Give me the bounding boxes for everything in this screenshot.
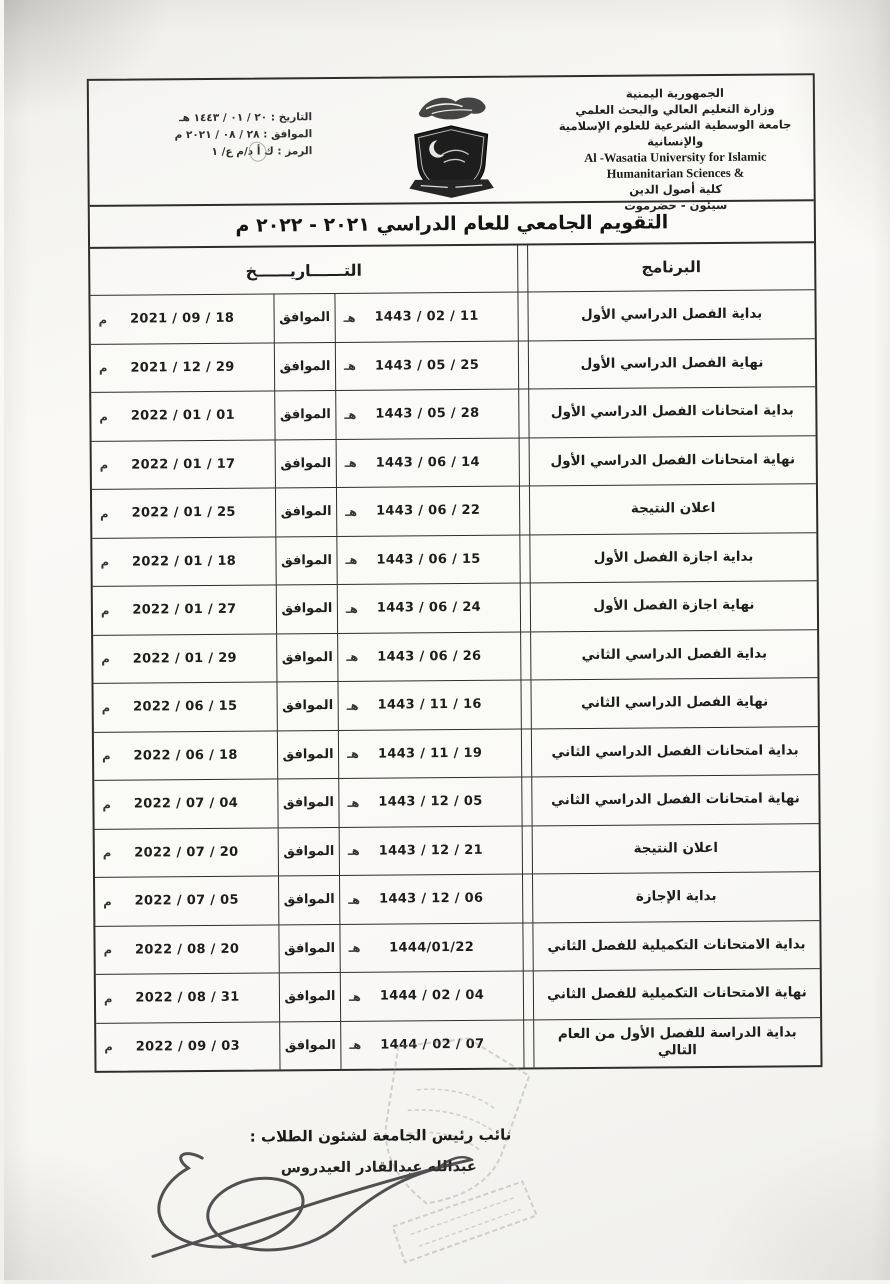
muwafiq-cell: الموافق (272, 682, 333, 730)
program-cell: بداية امتحانات الفصل الدراسي الثاني (527, 727, 814, 777)
separator-cell (515, 486, 525, 534)
hijri-date-value: 1443 / 06 / 14 (372, 455, 476, 471)
gregorian-unit-label: م (97, 603, 106, 617)
letterhead: التاريخ : ٢٠ / ٠١ / ١٤٤٣ هـ الموافق : ٢٨… (85, 75, 810, 205)
hijri-date-value: 1443 / 06 / 15 (372, 552, 476, 568)
gregorian-date-cell: م 2022 / 01 / 18 (88, 537, 271, 586)
separator-cell (518, 874, 528, 922)
separator-cell (519, 971, 529, 1019)
hijri-unit-label: هـ (340, 408, 352, 422)
table-row: بداية امتحانات الفصل الدراسي الثاني هـ 1… (90, 726, 814, 780)
muwafiq-cell: الموافق (271, 536, 332, 584)
gregorian-date-value: 2022 / 06 / 18 (129, 747, 233, 763)
gregorian-unit-label: م (98, 700, 107, 714)
scanned-page: التاريخ : ٢٠ / ٠١ / ١٤٤٣ هـ الموافق : ٢٨… (0, 0, 890, 1280)
muwafiq-cell: الموافق (273, 779, 334, 827)
hijri-date-value: 1443 / 11 / 19 (374, 746, 478, 762)
hijri-date-value: 1443 / 06 / 26 (373, 649, 477, 665)
separator-cell (513, 245, 523, 291)
muwafiq-label: الموافق (276, 407, 327, 422)
hijri-unit-label: هـ (341, 505, 353, 519)
gregorian-date-value: 2022 / 07 / 04 (130, 796, 234, 812)
muwafiq-label: الموافق (279, 747, 330, 762)
hijri-date-value: 1443 / 12 / 06 (375, 891, 479, 907)
muwafiq-cell: الموافق (274, 876, 335, 924)
gregorian-date-cell: م 2022 / 01 / 27 (89, 585, 272, 634)
table-row: نهاية الامتحانات التكميلية للفصل الثاني … (92, 968, 816, 1022)
document-frame: التاريخ : ٢٠ / ٠١ / ١٤٤٣ هـ الموافق : ٢٨… (83, 73, 819, 1073)
hijri-unit-label: هـ (341, 553, 353, 567)
hijri-unit-label: هـ (343, 796, 355, 810)
muwafiq-label: الموافق (279, 795, 330, 810)
table-row: نهاية الفصل الدراسي الأول هـ 1443 / 05 /… (87, 338, 811, 392)
hijri-date-value: 1443 / 11 / 16 (374, 697, 478, 713)
gregorian-unit-label: م (96, 555, 105, 569)
program-cell: اعلان النتيجة (528, 824, 815, 874)
muwafiq-label: الموافق (278, 698, 329, 713)
separator-cell (516, 583, 526, 631)
handwritten-signature-icon (132, 1126, 478, 1280)
program-cell: بداية امتحانات الفصل الدراسي الأول (524, 387, 811, 437)
gregorian-unit-label: م (100, 943, 109, 957)
program-cell: نهاية امتحانات الفصل الدراسي الثاني (527, 775, 814, 825)
hijri-date-cell: هـ 1443 / 06 / 15 (332, 535, 515, 584)
program-cell: بداية الدراسة للفصل الأول من العام التال… (529, 1018, 816, 1068)
separator-cell (516, 632, 526, 680)
gregorian-unit-label: م (95, 313, 104, 327)
hijri-unit-label: هـ (345, 990, 357, 1004)
gregorian-date-cell: م 2022 / 07 / 20 (91, 828, 274, 877)
hijri-date-cell: هـ 1443 / 12 / 06 (335, 875, 518, 924)
gregorian-unit-label: م (98, 797, 107, 811)
table-row: بداية اجازة الفصل الأول هـ 1443 / 06 / 1… (88, 532, 812, 586)
muwafiq-label: الموافق (280, 892, 331, 907)
hijri-unit-label: هـ (344, 893, 356, 907)
program-cell: بداية اجازة الفصل الأول (525, 533, 812, 583)
gregorian-date-value: 2022 / 01 / 18 (128, 553, 232, 569)
gregorian-date-cell: م 2022 / 01 / 01 (87, 391, 270, 440)
hijri-date-value: 1443 / 05 / 28 (371, 406, 475, 422)
gregorian-date-cell: م 2022 / 09 / 03 (92, 1022, 275, 1071)
muwafiq-cell: الموافق (275, 973, 336, 1021)
city-line: سيئون - حضرموت (538, 196, 806, 214)
muwafiq-label: الموافق (276, 359, 327, 374)
program-cell: بداية الإجازة (528, 872, 815, 922)
gregorian-date-cell: م 2022 / 01 / 29 (89, 634, 272, 683)
gregorian-date-cell: م 2021 / 09 / 18 (86, 294, 269, 343)
muwafiq-label: الموافق (277, 553, 328, 568)
muwafiq-cell: الموافق (273, 730, 334, 778)
gregorian-unit-label: م (100, 991, 109, 1005)
hijri-date-value: 1444/01/22 (385, 940, 470, 956)
muwafiq-cell: الموافق (275, 1021, 336, 1069)
muwafiq-cell: الموافق (270, 391, 331, 439)
table-row: بداية الفصل الدراسي الثاني هـ 1443 / 06 … (89, 629, 813, 683)
table-row: نهاية امتحانات الفصل الدراسي الثاني هـ 1… (90, 774, 814, 828)
separator-cell (517, 729, 527, 777)
hijri-date-cell: هـ 1443 / 06 / 24 (333, 584, 516, 633)
gregorian-date-cell: م 2022 / 06 / 18 (90, 731, 273, 780)
gregorian-unit-label: م (95, 361, 104, 375)
program-cell: نهاية الفصل الدراسي الأول (524, 339, 811, 389)
hijri-date-cell: هـ 1443 / 05 / 28 (331, 390, 514, 439)
gregorian-date-cell: م 2022 / 01 / 25 (88, 488, 271, 537)
gregorian-unit-label: م (95, 410, 104, 424)
muwafiq-label: الموافق (277, 504, 328, 519)
muwafiq-cell: الموافق (271, 439, 332, 487)
hijri-date-cell: هـ 1443 / 05 / 25 (331, 341, 514, 390)
muwafiq-label: الموافق (280, 989, 331, 1004)
table-row: نهاية امتحانات الفصل الدراسي الأول هـ 14… (88, 435, 812, 489)
gregorian-date-value: 2022 / 08 / 20 (131, 941, 235, 957)
gregorian-unit-label: م (99, 846, 108, 860)
separator-cell (517, 777, 527, 825)
gregorian-date-cell: م 2021 / 12 / 29 (87, 343, 270, 392)
hijri-date-cell: هـ 1444 / 02 / 04 (336, 972, 519, 1021)
table-row: نهاية اجازة الفصل الأول هـ 1443 / 06 / 2… (89, 580, 813, 634)
table-row: اعلان النتيجة هـ 1443 / 12 / 21 الموافق … (91, 823, 815, 877)
program-cell: نهاية الفصل الدراسي الثاني (526, 678, 813, 728)
gregorian-date-value: 2022 / 01 / 01 (127, 408, 231, 424)
gregorian-unit-label: م (99, 894, 108, 908)
hijri-unit-label: هـ (340, 359, 352, 373)
program-cell: بداية الامتحانات التكميلية للفصل الثاني (528, 921, 815, 971)
separator-cell (518, 923, 528, 971)
hijri-unit-label: هـ (342, 602, 354, 616)
program-cell: اعلان النتيجة (525, 484, 812, 534)
gregorian-date-cell: م 2022 / 07 / 05 (91, 876, 274, 925)
gregorian-date-value: 2022 / 01 / 17 (127, 457, 231, 473)
muwafiq-label: الموافق (281, 1038, 332, 1053)
hijri-unit-label: هـ (342, 650, 354, 664)
university-crest-icon (399, 90, 496, 205)
gregorian-date-value: 2021 / 09 / 18 (126, 311, 230, 327)
hijri-date-value: 1443 / 12 / 05 (374, 794, 478, 810)
gregorian-date-value: 2022 / 08 / 31 (131, 990, 235, 1006)
muwafiq-cell: الموافق (269, 294, 330, 342)
date-header: التــــــاريــــــخ (86, 246, 513, 295)
separator-cell (514, 341, 524, 389)
hijri-date-value: 1444 / 02 / 04 (376, 988, 480, 1004)
muwafiq-label: الموافق (277, 601, 328, 616)
muwafiq-cell: الموافق (271, 488, 332, 536)
table-row: بداية الإجازة هـ 1443 / 12 / 06 الموافق … (91, 871, 815, 925)
hijri-unit-label: هـ (343, 747, 355, 761)
muwafiq-label: الموافق (278, 650, 329, 665)
table-row: بداية الامتحانات التكميلية للفصل الثاني … (91, 920, 815, 974)
hijri-date-cell: هـ 1443 / 12 / 21 (335, 826, 518, 875)
hijri-date-cell: هـ 1443 / 11 / 16 (333, 681, 516, 730)
separator-cell (518, 826, 528, 874)
university-line-ar: جامعة الوسطية الشرعية للعلوم الإسلامية و… (537, 116, 805, 150)
hijri-date-cell: هـ 1443 / 06 / 14 (332, 438, 515, 487)
program-cell: بداية الفصل الدراسي الأول (523, 290, 810, 340)
program-cell: نهاية امتحانات الفصل الدراسي الأول (525, 436, 812, 486)
gregorian-unit-label: م (98, 749, 107, 763)
separator-cell (515, 438, 525, 486)
hijri-date-value: 1443 / 06 / 22 (372, 503, 476, 519)
gregorian-date-cell: م 2022 / 08 / 20 (91, 925, 274, 974)
hijri-unit-label: هـ (341, 456, 353, 470)
hijri-date-value: 1443 / 12 / 21 (375, 843, 479, 859)
muwafiq-cell: الموافق (274, 924, 335, 972)
separator-cell (514, 389, 524, 437)
program-cell: بداية الفصل الدراسي الثاني (526, 630, 813, 680)
calendar-rows: بداية الفصل الدراسي الأول هـ 1443 / 02 /… (86, 289, 816, 1071)
gregorian-date-value: 2022 / 07 / 05 (131, 893, 235, 909)
hijri-unit-label: هـ (340, 311, 352, 325)
muwafiq-label: الموافق (276, 456, 327, 471)
program-header: البرنامج (523, 243, 810, 291)
gregorian-date-value: 2022 / 09 / 03 (132, 1038, 236, 1054)
gregorian-unit-label: م (100, 1040, 109, 1054)
muwafiq-label: الموافق (280, 941, 331, 956)
separator-cell (513, 292, 523, 340)
reference-block: التاريخ : ٢٠ / ٠١ / ١٤٤٣ هـ الموافق : ٢٨… (103, 109, 308, 162)
ref-date-gregorian: الموافق : ٢٨ / ٠٨ / ٢٠٢١ م (103, 126, 308, 145)
table-row: اعلان النتيجة هـ 1443 / 06 / 22 الموافق … (88, 483, 812, 537)
ref-code: الرمز : ك أ د/م ع/ ١ (103, 143, 308, 162)
table-row: بداية الفصل الدراسي الأول هـ 1443 / 02 /… (86, 289, 810, 343)
gregorian-date-value: 2022 / 06 / 15 (129, 699, 233, 715)
gregorian-date-cell: م 2022 / 08 / 31 (92, 973, 275, 1022)
table-row: بداية امتحانات الفصل الدراسي الأول هـ 14… (87, 386, 811, 440)
hijri-date-cell: هـ 1443 / 06 / 22 (332, 487, 515, 536)
gregorian-date-cell: م 2022 / 06 / 15 (89, 682, 272, 731)
program-cell: نهاية الامتحانات التكميلية للفصل الثاني (529, 969, 816, 1019)
gregorian-unit-label: م (96, 458, 105, 472)
gregorian-date-cell: م 2022 / 01 / 17 (88, 440, 271, 489)
gregorian-date-value: 2022 / 01 / 25 (128, 505, 232, 521)
muwafiq-cell: الموافق (274, 827, 335, 875)
gregorian-date-value: 2022 / 01 / 27 (128, 602, 232, 618)
hijri-date-cell: هـ 1443 / 06 / 26 (333, 632, 516, 681)
hijri-date-cell: هـ 1443 / 12 / 05 (334, 778, 517, 827)
hijri-date-cell: هـ 1444/01/22 (335, 923, 518, 972)
hijri-unit-label: هـ (345, 941, 357, 955)
ref-date-hijri: التاريخ : ٢٠ / ٠١ / ١٤٤٣ هـ (103, 109, 308, 128)
institution-block: الجمهورية اليمنية وزارة التعليم العالي و… (537, 84, 806, 214)
gregorian-date-value: 2022 / 01 / 29 (129, 650, 233, 666)
muwafiq-cell: الموافق (270, 342, 331, 390)
separator-cell (516, 680, 526, 728)
muwafiq-label: الموافق (279, 844, 330, 859)
program-cell: نهاية اجازة الفصل الأول (526, 581, 813, 631)
gregorian-date-value: 2022 / 07 / 20 (130, 844, 234, 860)
gregorian-unit-label: م (96, 506, 105, 520)
gregorian-date-value: 2021 / 12 / 29 (126, 360, 230, 376)
muwafiq-label: الموافق (275, 310, 326, 325)
table-row: نهاية الفصل الدراسي الثاني هـ 1443 / 11 … (89, 677, 813, 731)
hijri-unit-label: هـ (343, 699, 355, 713)
hijri-date-value: 1443 / 06 / 24 (373, 600, 477, 616)
muwafiq-cell: الموافق (272, 633, 333, 681)
hijri-date-cell: هـ 1443 / 11 / 19 (334, 729, 517, 778)
hijri-date-cell: هـ 1443 / 02 / 11 (330, 293, 513, 342)
muwafiq-cell: الموافق (272, 585, 333, 633)
separator-cell (515, 535, 525, 583)
hijri-unit-label: هـ (344, 844, 356, 858)
hijri-date-value: 1443 / 02 / 11 (370, 309, 474, 325)
gregorian-date-cell: م 2022 / 07 / 04 (90, 779, 273, 828)
table-header-row: البرنامج التــــــاريــــــخ (86, 243, 810, 295)
gregorian-unit-label: م (97, 652, 106, 666)
hijri-date-value: 1443 / 05 / 25 (371, 358, 475, 374)
